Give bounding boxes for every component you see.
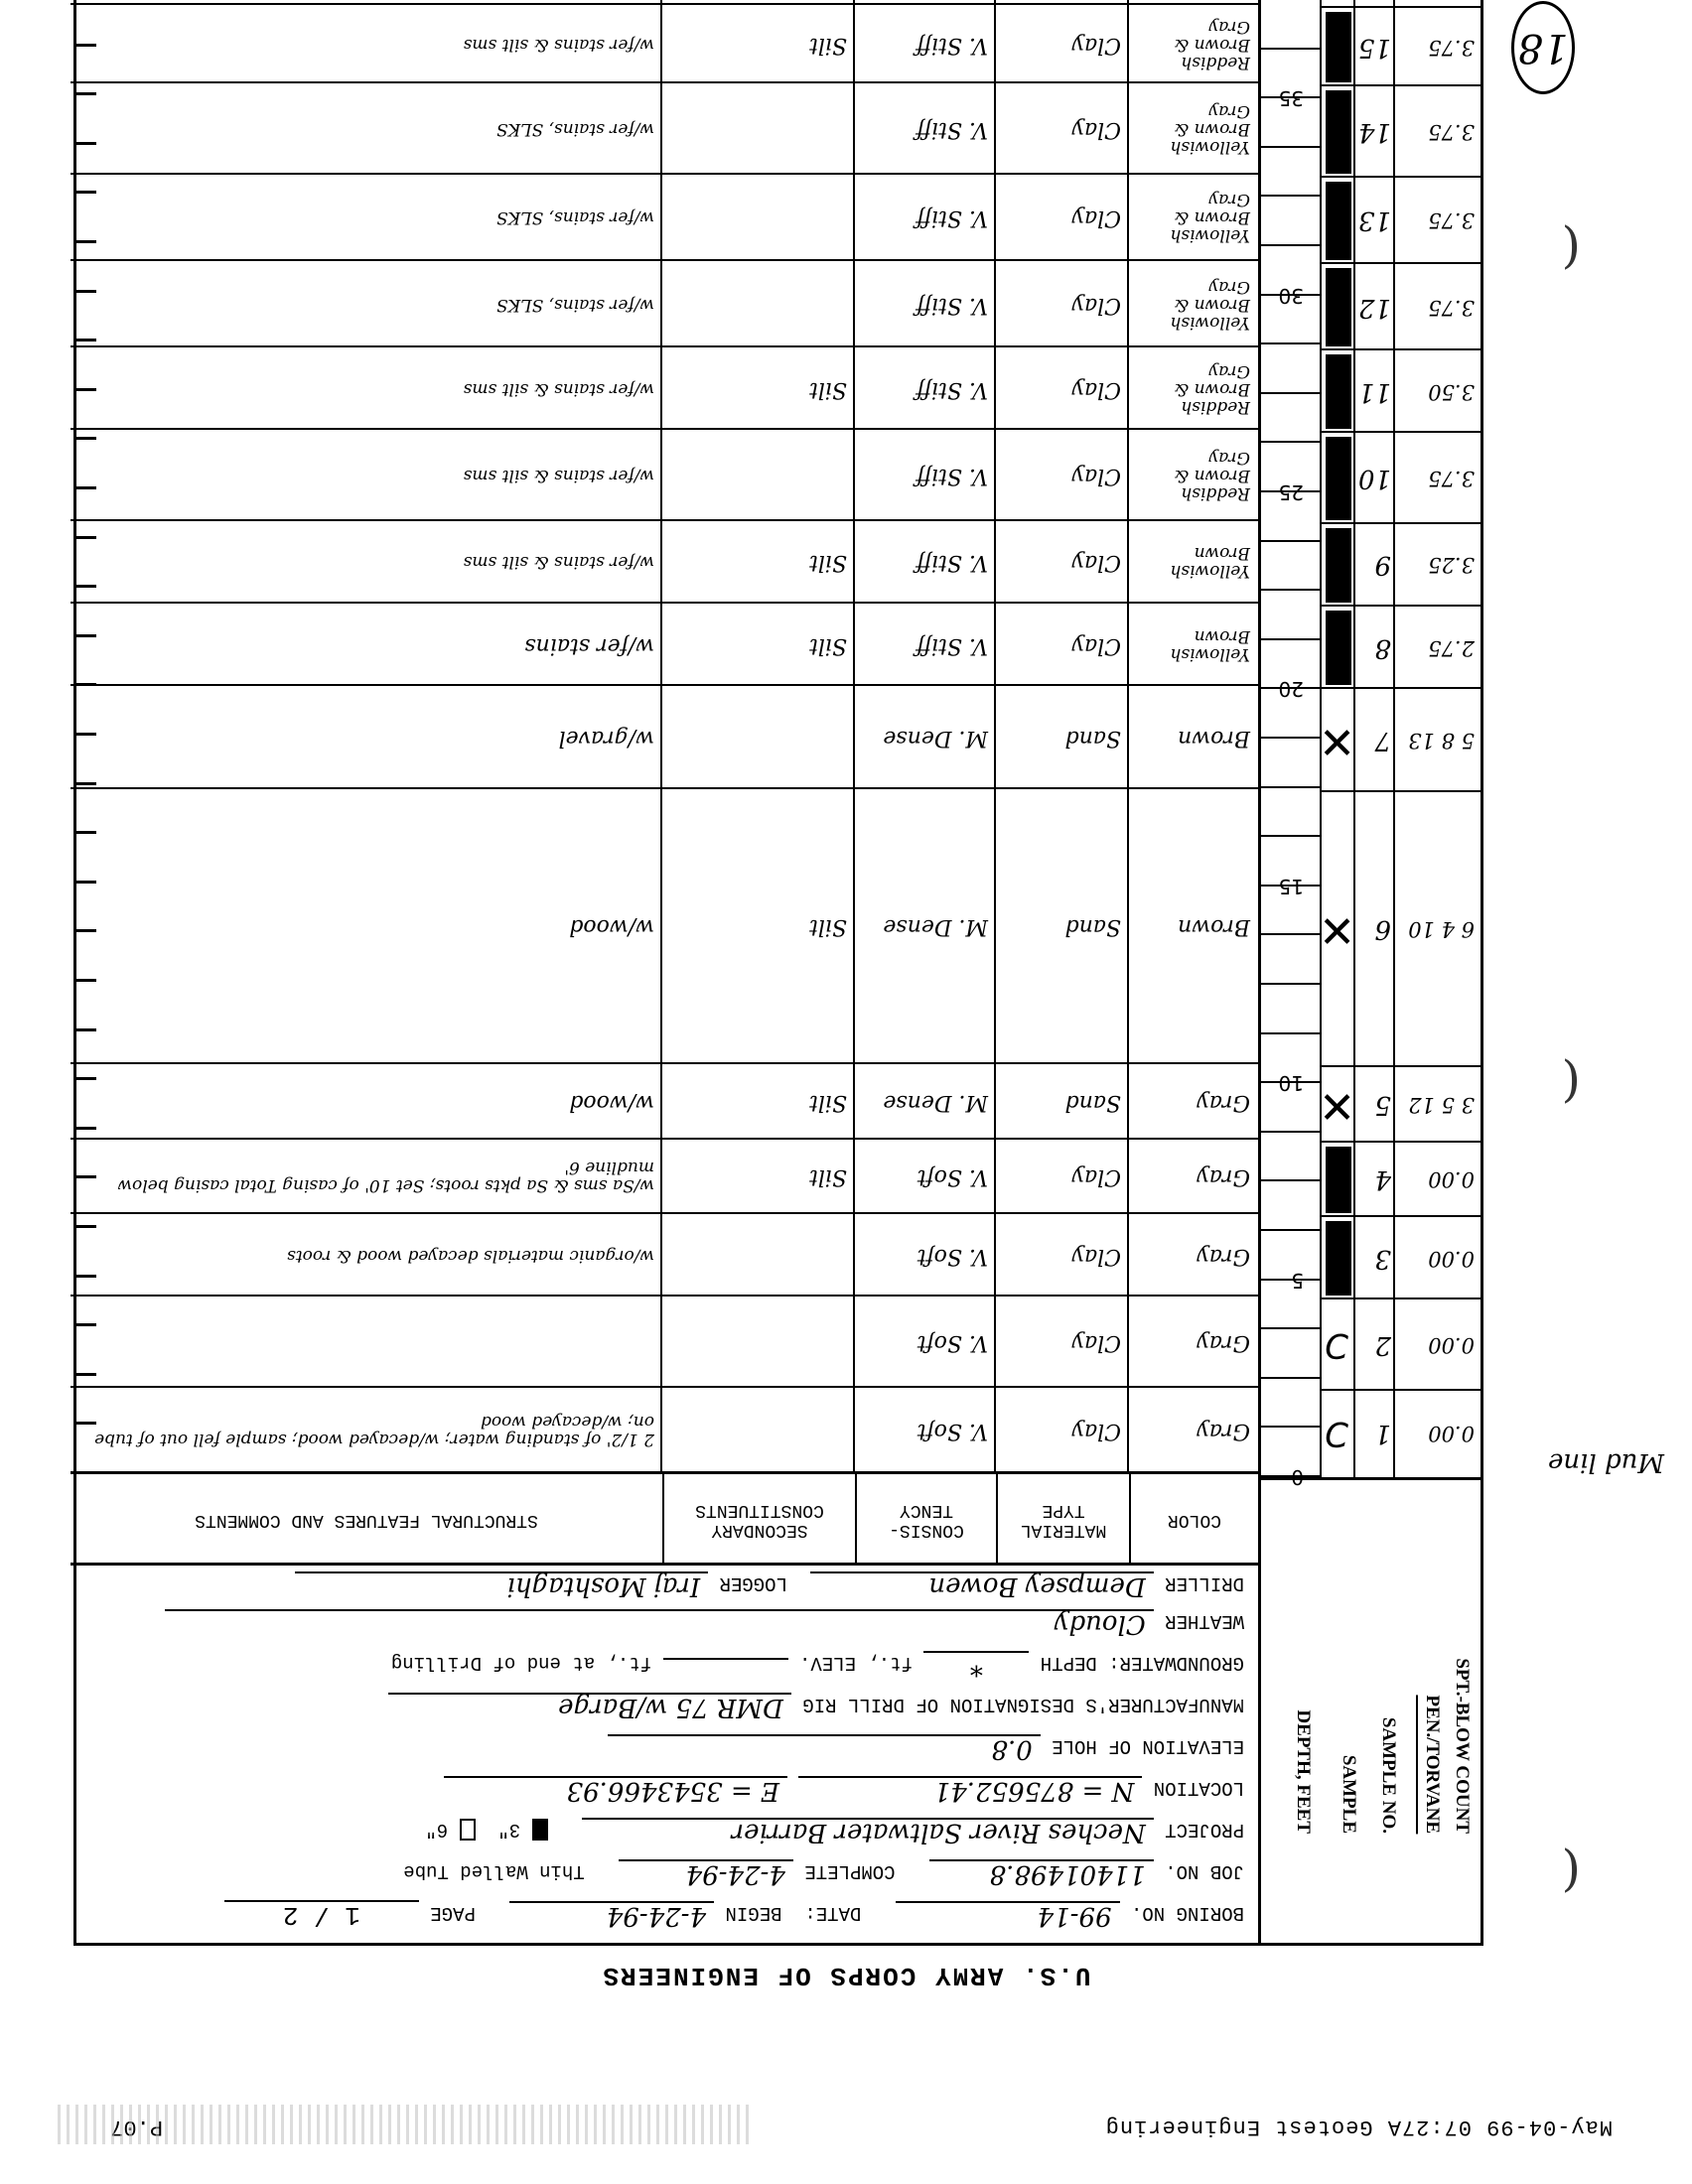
form-edge-tick — [74, 1028, 96, 1031]
pen-blow-value: 3.75 — [1397, 8, 1475, 86]
cell-material: Clay — [1002, 175, 1121, 261]
cell-structural: w/fer stains & silt sms — [76, 521, 654, 604]
cell-material: Clay — [1002, 347, 1121, 430]
form-edge-tick — [74, 191, 96, 194]
depth-tick — [1258, 933, 1322, 935]
cell-color: Reddish Brown & Gray — [1135, 347, 1250, 430]
depth-tick — [1258, 1179, 1322, 1181]
column-header-color: COLOR — [1129, 1474, 1258, 1566]
form-edge-tick — [74, 437, 96, 440]
elevation-value: 0.8 — [608, 1734, 1041, 1762]
depth-label: 35 — [1279, 86, 1304, 110]
recovered-sample-fill — [1326, 1147, 1351, 1213]
margin-paren: ( — [1561, 1054, 1581, 1112]
groundwater-label: GROUNDWATER: DEPTH — [1041, 1652, 1244, 1674]
depth-tick — [1258, 1327, 1322, 1329]
driller-value: Dempsey Bowen — [810, 1571, 1154, 1599]
depth-tick — [1258, 441, 1322, 443]
cell-secondary: Silt — [668, 789, 847, 1065]
depth-tick — [1258, 737, 1322, 739]
cell-secondary — [668, 83, 847, 174]
sample-number: 15 — [1357, 8, 1391, 86]
spt-sample-x-icon: ✕ — [1322, 719, 1355, 762]
depth-label: 5 — [1291, 1269, 1304, 1293]
groundwater-elev-label: ft., ELEV. — [799, 1652, 913, 1674]
form-edge-tick — [74, 979, 96, 982]
cell-structural: w/fer stains, SLKS — [76, 175, 654, 261]
cell-secondary — [668, 686, 847, 788]
weather-row: WEATHER Cloudy — [165, 1609, 1244, 1637]
depth-tick — [1258, 1377, 1322, 1379]
column-header-consistency: CONSIS- TENCY — [855, 1474, 996, 1566]
cell-secondary: Silt — [668, 1064, 847, 1139]
cell-material: Clay — [1002, 431, 1121, 521]
pen-blow-value: 0.00 — [1397, 1391, 1475, 1477]
form-edge-tick — [74, 831, 96, 834]
cell-color: Yellowish Brown & Gray — [1135, 83, 1250, 174]
cell-consistency: M. Dense — [861, 789, 988, 1065]
cell-consistency: V. Soft — [861, 1140, 988, 1214]
boring-log-form: BORING NO. 99-14 DATE: BEGIN 4-24-94 PAG… — [73, 0, 1261, 1946]
cell-consistency: V. Soft — [861, 1214, 988, 1297]
cell-consistency: V. Stiff — [861, 604, 988, 686]
boring-row: BORING NO. 99-14 DATE: BEGIN 4-24-94 PAG… — [224, 1900, 1244, 1929]
recovered-sample-fill — [1326, 268, 1351, 346]
cell-consistency: V. Stiff — [861, 521, 988, 604]
driller-label: DRILLER — [1165, 1572, 1244, 1594]
depth-tick — [1258, 786, 1322, 788]
tube-6in-checkbox[interactable] — [460, 1819, 476, 1841]
pen-blow-value: 3.25 — [1397, 524, 1475, 607]
sample-number: 11 — [1357, 350, 1391, 433]
date-label: DATE: — [804, 1902, 861, 1924]
location-east: E = 3543466.93 — [444, 1776, 787, 1804]
cell-material: Clay — [1002, 1297, 1121, 1387]
depth-tick — [1258, 1426, 1322, 1428]
log-header: BORING NO. 99-14 DATE: BEGIN 4-24-94 PAG… — [70, 1563, 1258, 1943]
sample-number: 5 — [1357, 1067, 1391, 1142]
depth-tick — [1258, 983, 1322, 985]
cell-material: Sand — [1002, 1064, 1121, 1139]
pen-blow-value: 6 4 10 — [1397, 792, 1475, 1068]
cell-material: Clay — [1002, 1140, 1121, 1214]
cell-consistency: V. Stiff — [861, 5, 988, 83]
form-edge-tick — [74, 339, 96, 341]
depth-tick — [1258, 244, 1322, 246]
tube-6in-label: 6" — [425, 1819, 448, 1841]
rig-label: MANUFACTURER'S DESIGNATION OF DRILL RIG — [802, 1694, 1244, 1715]
job-no-value: 11401498.8 — [929, 1859, 1154, 1887]
form-edge-tick — [74, 388, 96, 391]
pen-blow-value: 0.00 — [1397, 1217, 1475, 1299]
cell-material: Clay — [1002, 5, 1121, 83]
column-header-structural: STRUCTURAL FEATURES AND COMMENTS — [70, 1474, 662, 1566]
cell-structural: 2 1/2' of standing water; w/decayed wood… — [76, 1388, 654, 1474]
depth-label: 15 — [1279, 875, 1304, 898]
sample-number: 7 — [1357, 689, 1391, 791]
pen-blow-value: 3 5 12 — [1397, 1067, 1475, 1142]
sample-number: 12 — [1357, 264, 1391, 350]
cell-material: Clay — [1002, 261, 1121, 347]
cell-secondary: Silt — [668, 5, 847, 83]
form-edge-tick — [74, 486, 96, 489]
recovered-sample-fill — [1326, 12, 1351, 82]
cell-color: Yellowish Brown & Gray — [1135, 261, 1250, 347]
form-edge-tick — [74, 683, 96, 686]
cell-consistency: V. Soft — [861, 1388, 988, 1474]
cell-color: Reddish Brown & Gray — [1135, 431, 1250, 521]
depth-tick — [1258, 638, 1322, 640]
elevation-label: ELEVATION OF HOLE — [1052, 1735, 1244, 1757]
cell-structural: w/wood — [76, 1064, 654, 1139]
location-label: LOCATION — [1154, 1777, 1244, 1799]
depth-tick — [1258, 835, 1322, 837]
side-column-divider — [1393, 0, 1395, 1477]
depth-tick — [1258, 48, 1322, 50]
depth-tick — [1258, 1131, 1322, 1133]
form-edge-tick — [74, 782, 96, 785]
column-divider — [1127, 0, 1129, 1474]
cell-secondary — [668, 431, 847, 521]
cell-color: Yellowish Brown — [1135, 604, 1250, 686]
boring-no-value: 99-14 — [896, 1901, 1120, 1929]
recovered-sample-fill — [1326, 1221, 1351, 1296]
depth-sample-strip: 0.001Ɔ0.002Ɔ0.0030.0043 5 125✕6 4 106✕5 … — [1261, 0, 1483, 1477]
side-label-header: DEPTH, FEET SAMPLE SAMPLE NO. PEN./TORVA… — [1261, 1477, 1483, 1946]
form-edge-tick — [74, 536, 96, 539]
boring-log-page: May-04-99 07:27A Geotest Engineering P.0… — [0, 0, 1692, 2184]
tube-push-icon: Ɔ — [1322, 1323, 1355, 1367]
sample-number: 4 — [1357, 1143, 1391, 1217]
column-headers: COLORMATERIAL TYPECONSIS- TENCYSECONDARY… — [70, 1471, 1258, 1566]
log-body: GrayClayV. Soft2 1/2' of standing water;… — [70, 0, 1258, 1474]
cell-color: Gray — [1135, 1214, 1250, 1297]
location-north: N = 875652.41 — [798, 1776, 1142, 1804]
cell-material: Clay — [1002, 1388, 1121, 1474]
rig-row: MANUFACTURER'S DESIGNATION OF DRILL RIG … — [388, 1693, 1244, 1720]
cell-structural: w/fer stains & silt sms — [76, 431, 654, 521]
form-edge-tick — [74, 142, 96, 145]
cell-structural: w/fer stains — [76, 604, 654, 686]
agency-title: U.S. ARMY CORPS OF ENGINEERS — [0, 1961, 1692, 1990]
project-row: PROJECT Neches River Saltwater Barrier 3… — [425, 1818, 1244, 1845]
weather-value: Cloudy — [165, 1609, 1154, 1637]
recovered-sample-fill — [1326, 528, 1351, 603]
recovered-sample-fill — [1326, 182, 1351, 260]
sample-number: 6 — [1357, 792, 1391, 1068]
cell-consistency: M. Dense — [861, 1064, 988, 1139]
page-value: 1 / 2 — [224, 1900, 419, 1928]
weather-label: WEATHER — [1165, 1610, 1244, 1632]
spt-sample-x-icon: ✕ — [1322, 907, 1355, 951]
rig-value: DMR 75 w/Barge — [388, 1693, 791, 1720]
depth-label: 30 — [1279, 284, 1304, 308]
form-edge-tick — [74, 929, 96, 932]
cell-secondary — [668, 261, 847, 347]
groundwater-depth-value: * — [923, 1651, 1029, 1679]
boring-no-label: BORING NO. — [1131, 1902, 1244, 1924]
cell-material: Sand — [1002, 686, 1121, 788]
cell-consistency: V. Soft — [861, 1297, 988, 1387]
cell-structural: w/gravel — [76, 686, 654, 788]
column-divider — [660, 0, 662, 1474]
cell-consistency: V. Stiff — [861, 261, 988, 347]
project-value: Neches River Saltwater Barrier — [582, 1818, 1154, 1845]
cell-material: Clay — [1002, 521, 1121, 604]
depth-tick — [1258, 1032, 1322, 1034]
logger-label: LOGGER — [720, 1572, 787, 1594]
depth-label: 10 — [1279, 1071, 1304, 1095]
cell-consistency: M. Dense — [861, 686, 988, 788]
depth-label: 20 — [1279, 677, 1304, 701]
recovered-sample-fill — [1326, 354, 1351, 429]
depth-tick — [1258, 1279, 1322, 1281]
elevation-row: ELEVATION OF HOLE 0.8 — [608, 1734, 1244, 1762]
form-edge-tick — [74, 585, 96, 588]
begin-label: BEGIN — [726, 1902, 782, 1924]
form-edge-tick — [74, 44, 96, 47]
cell-consistency: V. Stiff — [861, 431, 988, 521]
sample-number: 9 — [1357, 524, 1391, 607]
cell-color: Gray — [1135, 1388, 1250, 1474]
pen-blow-value: 0.00 — [1397, 1299, 1475, 1390]
form-edge-tick — [74, 1422, 96, 1425]
cell-secondary — [668, 1388, 847, 1474]
cell-color: Yellowish Brown & Gray — [1135, 175, 1250, 261]
depth-tick — [1258, 146, 1322, 148]
logger-value: Iraj Moshtaghi — [295, 1571, 708, 1599]
depth-tick — [1258, 589, 1322, 591]
tube-3in-label: 3" — [497, 1819, 520, 1841]
cell-structural: w/fer stains & silt sms — [76, 347, 654, 430]
depth-tick — [1258, 195, 1322, 197]
depth-label: 25 — [1279, 480, 1304, 504]
scan-noise — [54, 2105, 749, 2144]
cell-color: Yellowish Brown — [1135, 521, 1250, 604]
form-edge-tick — [74, 1373, 96, 1376]
sample-number: 3 — [1357, 1217, 1391, 1299]
fax-timestamp: May-04-99 07:27A Geotest Engineering — [1105, 2115, 1613, 2139]
sample-number: 10 — [1357, 434, 1391, 524]
cell-material: Sand — [1002, 789, 1121, 1065]
sampler-type: Thin Walled Tube — [403, 1860, 584, 1882]
column-divider — [994, 0, 996, 1474]
mud-line-note: Mud line — [1548, 1447, 1664, 1477]
pen-blow-value: 3.75 — [1397, 434, 1475, 524]
complete-date-value: 4-24-94 — [619, 1859, 793, 1887]
cell-color: Gray — [1135, 1297, 1250, 1387]
location-row: LOCATION N = 875652.41 E = 3543466.93 — [444, 1776, 1244, 1804]
cell-secondary: Silt — [668, 521, 847, 604]
cell-material: Clay — [1002, 83, 1121, 174]
margin-paren: ( — [1561, 220, 1581, 278]
job-row: JOB NO. 11401498.8 COMPLETE 4-24-94 Thin… — [403, 1859, 1244, 1887]
pen-blow-value: 0.00 — [1397, 1143, 1475, 1217]
depth-tick — [1258, 392, 1322, 394]
form-edge-tick — [74, 240, 96, 243]
cell-structural: w/organic materials decayed wood & roots — [76, 1214, 654, 1297]
spt-sample-x-icon: ✕ — [1322, 1083, 1355, 1127]
pen-blow-value: 3.75 — [1397, 178, 1475, 264]
cell-secondary: Silt — [668, 1140, 847, 1214]
cell-structural — [76, 1297, 654, 1387]
groundwater-elev-value — [663, 1658, 788, 1660]
groundwater-row: GROUNDWATER: DEPTH * ft., ELEV. ft., at … — [391, 1651, 1244, 1679]
recovered-sample-fill — [1326, 90, 1351, 173]
margin-paren: ( — [1561, 1843, 1581, 1901]
cell-color: Gray — [1135, 1140, 1250, 1214]
circled-page-number: 18 — [1511, 1, 1575, 94]
page-label: PAGE — [430, 1902, 476, 1924]
cell-consistency: V. Stiff — [861, 83, 988, 174]
cell-color: Reddish Brown & Gray — [1135, 5, 1250, 83]
column-header-secondary: SECONDARY CONSTITUENTS — [662, 1474, 855, 1566]
form-edge-tick — [74, 1077, 96, 1080]
cell-color: Brown — [1135, 789, 1250, 1065]
sample-label: SAMPLE — [1338, 1755, 1359, 1834]
column-header-material: MATERIAL TYPE — [996, 1474, 1129, 1566]
cell-structural: w/fer stains, SLKS — [76, 261, 654, 347]
column-divider — [853, 0, 855, 1474]
cell-secondary — [668, 1297, 847, 1387]
depth-tick — [1258, 342, 1322, 344]
cell-structural: w/Sa sms & Sa pkts roots; Set 10' of cas… — [76, 1140, 654, 1214]
sample-number: 14 — [1357, 86, 1391, 177]
sample-number: 8 — [1357, 607, 1391, 689]
depth-feet-label: DEPTH, FEET — [1292, 1709, 1314, 1834]
sample-number: 2 — [1357, 1299, 1391, 1390]
depth-tick — [1258, 1229, 1322, 1231]
depth-tick — [1258, 540, 1322, 542]
cell-material: Clay — [1002, 1214, 1121, 1297]
complete-label: COMPLETE — [804, 1860, 895, 1882]
cell-color: Gray — [1135, 1064, 1250, 1139]
fax-header: May-04-99 07:27A Geotest Engineering P.0… — [0, 2065, 1692, 2184]
sample-number: 1 — [1357, 1391, 1391, 1477]
tube-push-icon: Ɔ — [1322, 1412, 1355, 1455]
recovered-sample-fill — [1326, 438, 1351, 520]
form-edge-tick — [74, 881, 96, 884]
begin-date-value: 4-24-94 — [509, 1901, 714, 1929]
tube-3in-checkbox[interactable] — [532, 1819, 548, 1841]
form-edge-tick — [74, 1127, 96, 1130]
pen-blow-value: 3.50 — [1397, 350, 1475, 433]
form-edge-tick — [74, 634, 96, 637]
cell-structural: w/fer stains & silt sms — [76, 5, 654, 83]
pen-torvane-label: PEN./TORVANE — [1416, 1695, 1443, 1834]
job-no-label: JOB NO. — [1165, 1860, 1244, 1882]
cell-consistency: V. Stiff — [861, 347, 988, 430]
recovered-sample-fill — [1326, 611, 1351, 685]
spt-blow-count-label: SPT.-BLOW COUNT — [1451, 1658, 1473, 1834]
sample-number: 13 — [1357, 178, 1391, 264]
form-edge-tick — [74, 733, 96, 736]
pen-blow-value: 2.75 — [1397, 607, 1475, 689]
sample-no-label: SAMPLE NO. — [1377, 1717, 1399, 1834]
depth-tick — [1258, 1475, 1322, 1477]
cell-consistency: V. Stiff — [861, 175, 988, 261]
cell-secondary — [668, 1214, 847, 1297]
pen-blow-value: 3.75 — [1397, 86, 1475, 177]
cell-color: Brown — [1135, 686, 1250, 788]
form-edge-tick — [74, 1275, 96, 1278]
depth-label: 0 — [1291, 1465, 1304, 1489]
cell-structural: w/fer stains, SLKS — [76, 83, 654, 174]
form-edge-tick — [74, 92, 96, 95]
end-of-drilling-label: ft., at end of Drilling — [391, 1652, 651, 1674]
cell-material: Clay — [1002, 604, 1121, 686]
project-label: PROJECT — [1165, 1819, 1244, 1841]
form-edge-tick — [74, 1175, 96, 1178]
pen-blow-value: 3.75 — [1397, 264, 1475, 350]
pen-blow-value: 5 8 13 — [1397, 689, 1475, 791]
form-edge-tick — [74, 290, 96, 293]
form-edge-tick — [74, 1225, 96, 1228]
cell-structural: w/wood — [76, 789, 654, 1065]
cell-secondary: Silt — [668, 604, 847, 686]
form-edge-tick — [74, 1323, 96, 1326]
cell-secondary: Silt — [668, 347, 847, 430]
cell-secondary — [668, 175, 847, 261]
driller-row: DRILLER Dempsey Bowen LOGGER Iraj Moshta… — [295, 1571, 1244, 1599]
